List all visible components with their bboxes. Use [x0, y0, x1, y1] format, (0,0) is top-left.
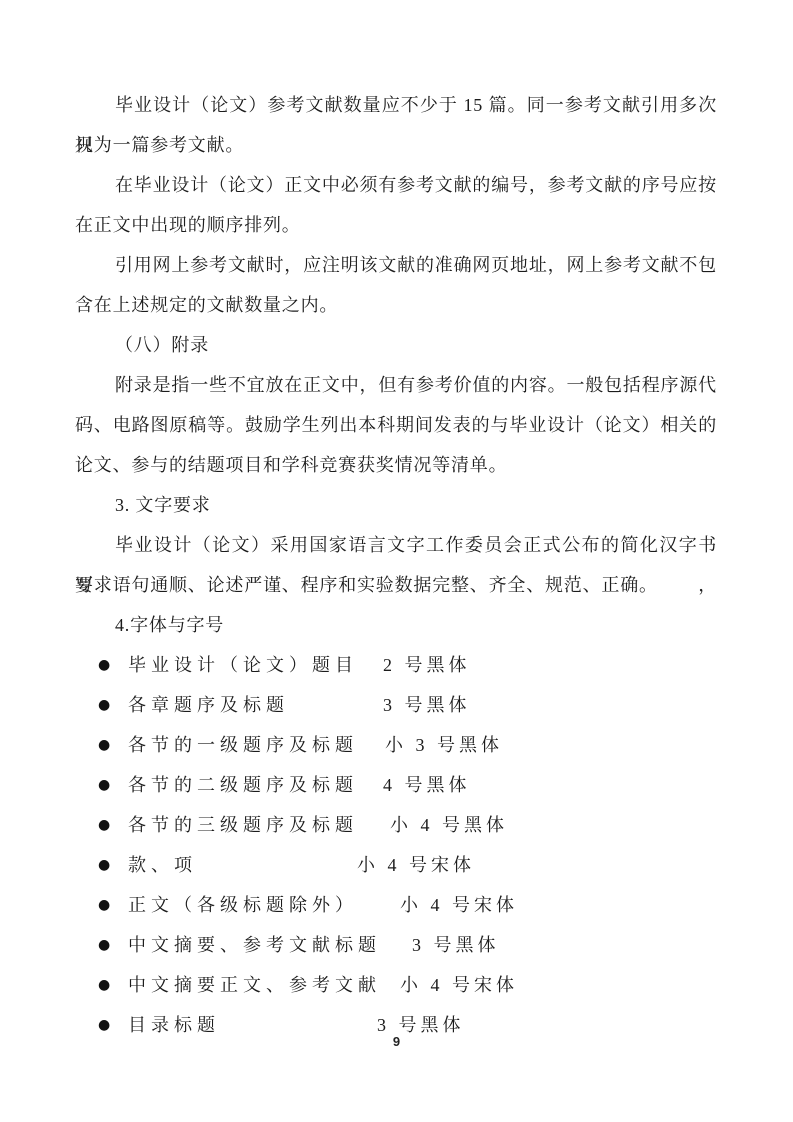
page-number: 9 [0, 1034, 793, 1049]
document-page: 毕业设计（论文）参考文献数量应不少于 15 篇。同一参考文献引用多次只 视为一篇… [0, 0, 793, 1122]
bullet-icon: ● [98, 685, 110, 725]
bullet-icon: ● [98, 925, 110, 965]
bullet-icon: ● [98, 805, 110, 845]
font-spec-row: ● 各节的一级题序及标题 小 3 号黑体 [75, 725, 717, 765]
font-spec-value: 3 号黑体 [383, 685, 471, 725]
font-spec-row: ● 款、项 小 4 号宋体 [75, 845, 717, 885]
body-line: 码、电路图原稿等。鼓励学生列出本科期间发表的与毕业设计（论文）相关的 [75, 405, 717, 445]
font-spec-row: ● 毕业设计（论文）题目 2 号黑体 [75, 645, 717, 685]
font-spec-value: 小 4 号宋体 [357, 845, 475, 885]
section-heading: 4.字体与字号 [75, 605, 717, 645]
font-spec-label: 毕业设计（论文）题目 [128, 645, 358, 685]
body-line: 毕业设计（论文）参考文献数量应不少于 15 篇。同一参考文献引用多次只 [75, 85, 717, 125]
body-line: 引用网上参考文献时，应注明该文献的准确网页地址，网上参考文献不包 [75, 245, 717, 285]
bullet-icon: ● [98, 765, 110, 805]
bullet-icon: ● [98, 725, 110, 765]
section-heading: （八）附录 [75, 325, 717, 365]
font-spec-label: 各节的三级题序及标题 [128, 805, 358, 845]
body-line: 含在上述规定的文献数量之内。 [75, 285, 717, 325]
body-line: 附录是指一些不宜放在正文中，但有参考价值的内容。一般包括程序源代 [75, 365, 717, 405]
font-spec-value: 小 4 号宋体 [400, 885, 518, 925]
font-spec-row: ● 中文摘要、参考文献标题 3 号黑体 [75, 925, 717, 965]
body-line: 在正文中出现的顺序排列。 [75, 205, 717, 245]
font-spec-value: 3 号黑体 [412, 925, 500, 965]
bullet-icon: ● [98, 645, 110, 685]
font-spec-value: 小 4 号黑体 [390, 805, 508, 845]
font-spec-row: ● 各节的三级题序及标题 小 4 号黑体 [75, 805, 717, 845]
font-spec-label: 各节的一级题序及标题 [128, 725, 358, 765]
font-spec-value: 4 号黑体 [383, 765, 471, 805]
font-spec-value: 小 3 号黑体 [385, 725, 503, 765]
font-spec-label: 中文摘要、参考文献标题 [128, 925, 381, 965]
font-spec-label: 正文（各级标题除外） [128, 885, 358, 925]
body-line: 论文、参与的结题项目和学科竞赛获奖情况等清单。 [75, 445, 717, 485]
font-spec-label: 中文摘要正文、参考文献 [128, 965, 381, 1005]
document-body: 毕业设计（论文）参考文献数量应不少于 15 篇。同一参考文献引用多次只 视为一篇… [75, 85, 717, 1045]
body-line: 毕业设计（论文）采用国家语言文字工作委员会正式公布的简化汉字书写， [75, 525, 717, 565]
bullet-icon: ● [98, 885, 110, 925]
font-spec-label: 各章题序及标题 [128, 685, 289, 725]
bullet-icon: ● [98, 845, 110, 885]
body-line: 在毕业设计（论文）正文中必须有参考文献的编号，参考文献的序号应按 [75, 165, 717, 205]
font-spec-label: 各节的二级题序及标题 [128, 765, 358, 805]
font-spec-row: ● 各章题序及标题 3 号黑体 [75, 685, 717, 725]
font-spec-row: ● 各节的二级题序及标题 4 号黑体 [75, 765, 717, 805]
font-spec-label: 款、项 [128, 845, 197, 885]
bullet-icon: ● [98, 965, 110, 1005]
font-spec-row: ● 中文摘要正文、参考文献 小 4 号宋体 [75, 965, 717, 1005]
body-line: 要求语句通顺、论述严谨、程序和实验数据完整、齐全、规范、正确。 [75, 565, 717, 605]
font-spec-row: ● 正文（各级标题除外） 小 4 号宋体 [75, 885, 717, 925]
font-spec-value: 2 号黑体 [383, 645, 471, 685]
section-heading: 3. 文字要求 [75, 485, 717, 525]
body-line: 视为一篇参考文献。 [75, 125, 717, 165]
font-spec-value: 小 4 号宋体 [400, 965, 518, 1005]
